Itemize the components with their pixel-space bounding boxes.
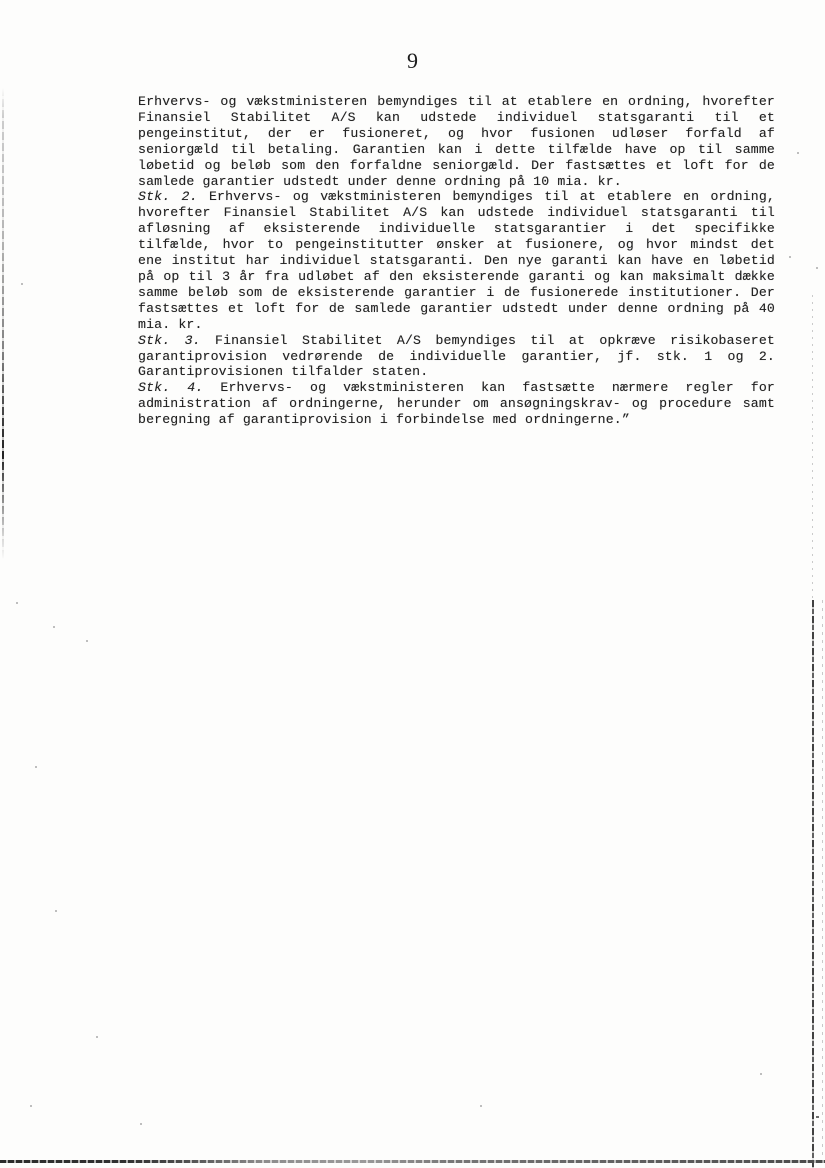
text-line: fastsættes et loft for de samlede garant…	[138, 301, 775, 317]
scan-speck	[30, 1105, 32, 1107]
scan-speck	[789, 256, 791, 258]
scan-speck	[480, 1105, 482, 1107]
scan-speck	[35, 766, 37, 768]
text-line: hvorefter Finansiel Stabilitet A/S kan u…	[138, 205, 775, 221]
scan-speck	[55, 910, 57, 912]
stk-label: Stk. 4.	[138, 380, 203, 395]
scan-artifact-right-edge-faint-line	[822, 600, 823, 1168]
text-line: på op til 3 år fra udløbet af den eksist…	[138, 269, 775, 285]
stk-label: Stk. 2.	[138, 189, 198, 204]
scan-speck	[797, 152, 799, 154]
scan-speck	[760, 1073, 762, 1075]
text-line: ene institut har individuel statsgaranti…	[138, 253, 775, 269]
scan-speck	[140, 1123, 142, 1125]
text-block: Erhvervs- og vækstministeren bemyndiges …	[138, 94, 775, 428]
text-line: Stk. 4. Erhvervs- og vækstministeren kan…	[138, 380, 775, 396]
scan-speck	[816, 267, 818, 269]
text-line: løbetid og beløb som den forfaldne senio…	[138, 158, 775, 174]
text-line: pengeinstitut, der er fusioneret, og hvo…	[138, 126, 775, 142]
scan-speck	[86, 640, 88, 642]
scan-artifact-right-dashed-line	[812, 600, 814, 1168]
text-line: Garantiprovisionen tilfalder staten.	[138, 364, 775, 380]
scan-artifact-left-streak	[2, 88, 4, 560]
scan-speck	[21, 283, 23, 285]
text-line: afløsning af eksisterende individuelle s…	[138, 221, 775, 237]
scan-artifact-bottom-line	[0, 1160, 825, 1163]
text-line: Stk. 3. Finansiel Stabilitet A/S bemyndi…	[138, 333, 775, 349]
text-line: samlede garantier udstedt under denne or…	[138, 174, 775, 190]
text-line: tilfælde, hvor to pengeinstitutter ønske…	[138, 237, 775, 253]
scan-speck	[16, 602, 18, 604]
text-line: garantiprovision vedrørende de individue…	[138, 349, 775, 365]
text-line: Finansiel Stabilitet A/S kan udstede ind…	[138, 110, 775, 126]
text-line: beregning af garantiprovision i forbinde…	[138, 412, 775, 428]
text-line: Stk. 2. Erhvervs- og vækstministeren bem…	[138, 189, 775, 205]
document-page: 9 Erhvervs- og vækstministeren bemyndige…	[0, 0, 825, 1168]
page-number: 9	[0, 48, 825, 74]
scan-artifact-right-dotted-line	[812, 295, 813, 603]
text-line: mia. kr.	[138, 317, 775, 333]
text-line: Erhvervs- og vækstministeren bemyndiges …	[138, 94, 775, 110]
stk-label: Stk. 3.	[138, 333, 201, 348]
text-line: samme beløb som de eksisterende garantie…	[138, 285, 775, 301]
text-line: seniorgæld til betaling. Garantien kan i…	[138, 142, 775, 158]
text-line: administration af ordningerne, herunder …	[138, 396, 775, 412]
scan-speck	[96, 1036, 98, 1038]
scan-speck	[816, 1116, 819, 1118]
scan-speck	[53, 626, 55, 628]
